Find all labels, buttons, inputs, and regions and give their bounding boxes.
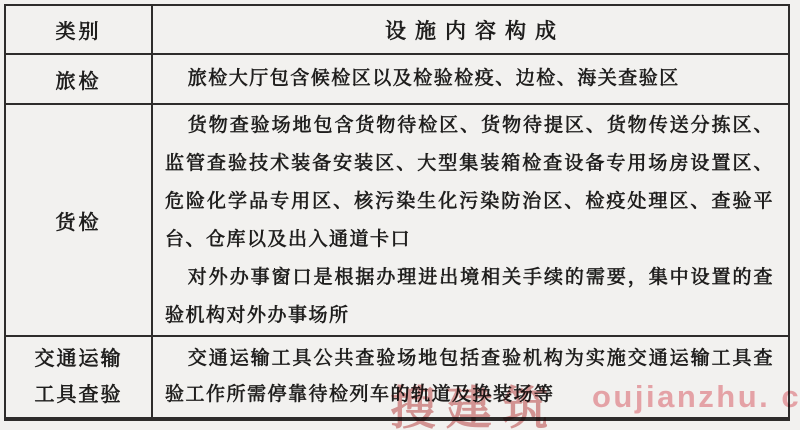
row-label-text: 交通运输工具查验	[31, 341, 127, 413]
row-label-passenger-inspection: 旅检	[6, 55, 153, 105]
paragraph: 旅检大厅包含候检区以及检验检疫、边检、海关查验区	[165, 60, 680, 98]
row-content-passenger-inspection: 旅检大厅包含候检区以及检验检疫、边检、海关查验区	[153, 55, 788, 105]
row-content-cargo-inspection: 货物查验场地包含货物待检区、货物待提区、货物传送分拣区、监管查验技术装备安装区、…	[153, 105, 788, 337]
header-category: 类别	[6, 6, 153, 55]
facility-composition-table: 类别 设施内容构成 旅检 旅检大厅包含候检区以及检验检疫、边检、海关查验区 货检…	[4, 4, 790, 421]
paragraph: 交通运输工具公共查验场地包括查验机构为实施交通运输工具查验工作所需停靠待检列车的…	[165, 341, 774, 413]
row-label-cargo-inspection: 货检	[6, 105, 153, 337]
paragraph: 对外办事窗口是根据办理进出境相关手续的需要，集中设置的查验机构对外办事场所	[165, 259, 774, 335]
row-content-transport-inspection: 交通运输工具公共查验场地包括查验机构为实施交通运输工具查验工作所需停靠待检列车的…	[153, 337, 788, 417]
paragraph: 货物查验场地包含货物待检区、货物待提区、货物传送分拣区、监管查验技术装备安装区、…	[165, 107, 774, 259]
row-label-transport-inspection: 交通运输工具查验	[6, 337, 153, 417]
header-facility-content: 设施内容构成	[153, 6, 788, 55]
